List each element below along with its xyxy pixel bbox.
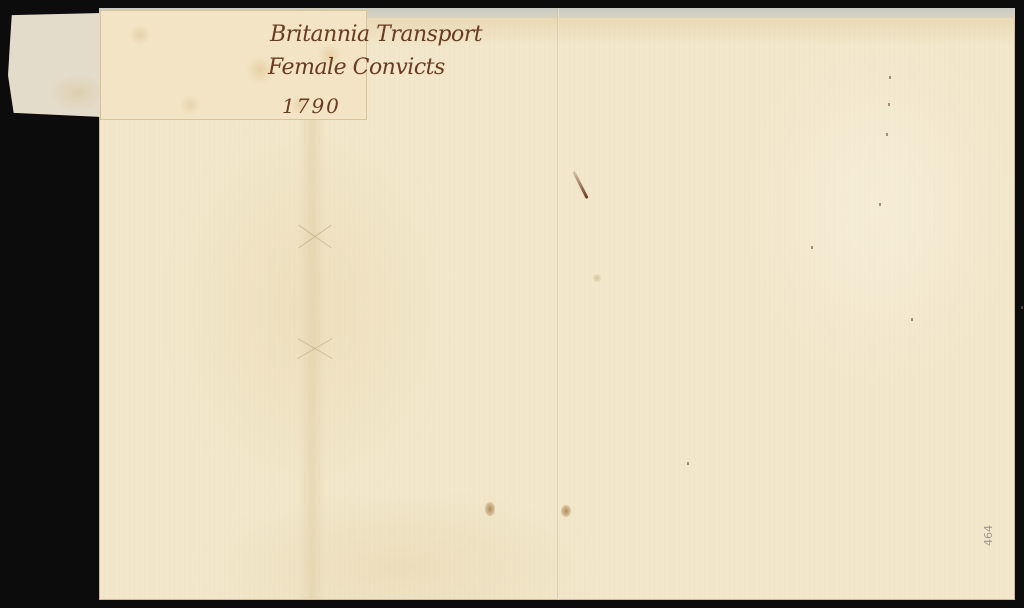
- speck: [889, 76, 891, 79]
- pencil-folio-number: 464: [982, 525, 995, 546]
- stain-spot: [593, 274, 601, 282]
- center-fold-line: [557, 8, 559, 600]
- speck: [911, 318, 913, 321]
- endorsement-line-ship: Britannia Transport: [270, 22, 482, 47]
- speck: [886, 133, 888, 136]
- stain-spot: [485, 502, 495, 516]
- speck: [687, 462, 689, 465]
- endorsement-line-year: 1790: [282, 94, 341, 118]
- tape-flap-left: [8, 13, 102, 117]
- ink-stroke-mark: [572, 171, 588, 199]
- speck: [879, 203, 881, 206]
- image-viewer-background: 464 Britannia Transport Female Convicts …: [0, 0, 1024, 608]
- stain-spot: [561, 505, 571, 517]
- speck: [811, 246, 813, 249]
- speck: [888, 103, 890, 106]
- speck: [1021, 306, 1023, 309]
- endorsement-line-subject: Female Convicts: [268, 55, 445, 80]
